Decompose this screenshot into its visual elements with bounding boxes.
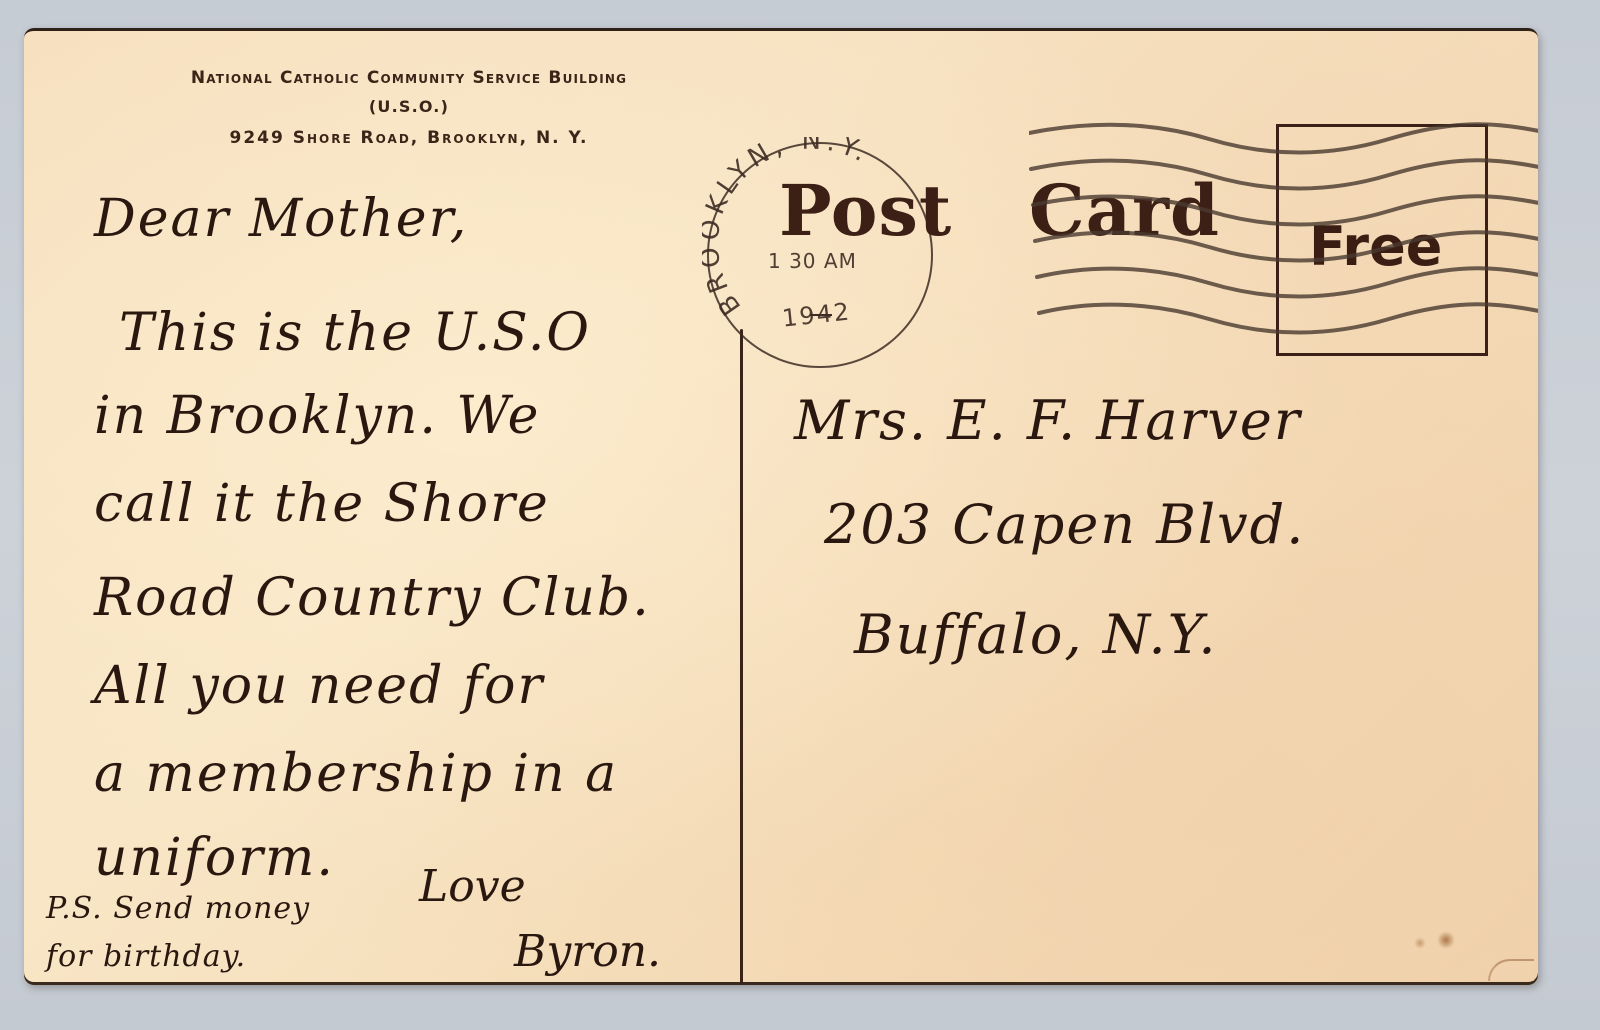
postmark-time: 1 30 AM <box>768 249 857 273</box>
stamp-box: Free <box>1276 124 1488 356</box>
address-street: 203 Capen Blvd. <box>824 493 1305 556</box>
foxing-stain <box>1437 931 1455 949</box>
postmark-year: 1942 <box>781 297 853 332</box>
printed-header: National Catholic Community Service Buil… <box>24 65 794 153</box>
center-divider <box>740 329 743 985</box>
header-address: 9249 Shore Road, Brooklyn, N. Y. <box>24 123 794 153</box>
header-organization: National Catholic Community Service Buil… <box>24 65 794 91</box>
message-signature: Byron. <box>514 926 661 977</box>
title-card: Card <box>1029 169 1220 252</box>
message-line: All you need for <box>94 656 544 716</box>
message-line: uniform. <box>94 828 335 888</box>
message-line: Dear Mother, <box>94 189 468 249</box>
message-line: in Brooklyn. We <box>94 386 540 446</box>
title-post: Post <box>779 169 952 252</box>
address-city: Buffalo, N.Y. <box>854 603 1218 666</box>
address-recipient: Mrs. E. F. Harver <box>794 389 1302 452</box>
message-line: This is the U.S.O <box>119 303 591 363</box>
message-line: call it the Shore <box>94 474 550 534</box>
message-line: a membership in a <box>94 744 618 804</box>
postcard-back: National Catholic Community Service Buil… <box>24 28 1538 985</box>
corner-crease <box>1488 959 1534 981</box>
stamp-free-label: Free <box>1309 215 1442 278</box>
postscript-line: P.S. Send money <box>46 891 310 926</box>
message-closing: Love <box>419 861 526 912</box>
postscript-line: for birthday. <box>46 939 246 974</box>
foxing-stain <box>1414 937 1426 949</box>
header-uso: (U.S.O.) <box>24 91 794 123</box>
scan-background: National Catholic Community Service Buil… <box>0 0 1600 1030</box>
message-line: Road Country Club. <box>94 568 651 628</box>
